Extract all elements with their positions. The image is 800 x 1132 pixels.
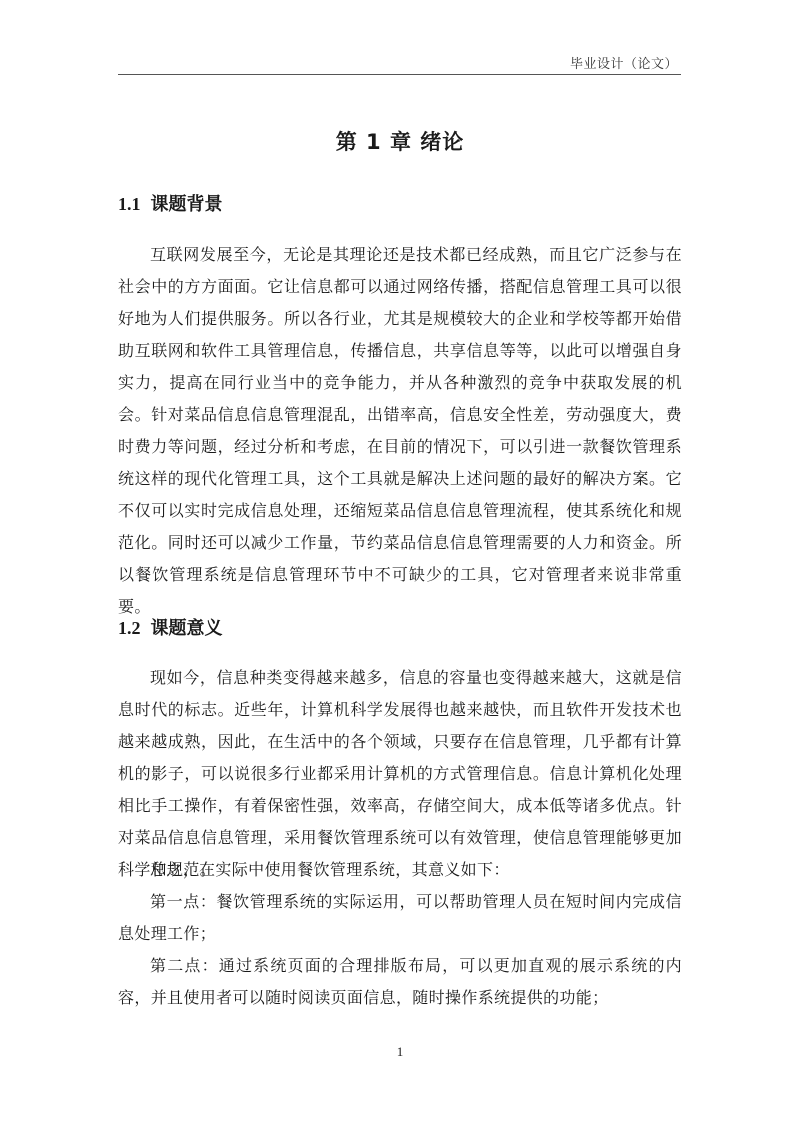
- section-heading-1-1: 1.1课题背景: [118, 190, 223, 216]
- paragraph: 现如今，信息种类变得越来越多，信息的容量也变得越来越大，这就是信息时代的标志。近…: [118, 662, 682, 886]
- header-rule: [118, 74, 681, 75]
- paragraph: 第一点：餐饮管理系统的实际运用，可以帮助管理人员在短时间内完成信息处理工作；: [118, 886, 682, 950]
- section-number: 1.2: [118, 618, 141, 638]
- running-header: 毕业设计（论文）: [570, 53, 678, 72]
- section-number: 1.1: [118, 194, 141, 214]
- paragraph: 第二点：通过系统页面的合理排版布局，可以更加直观的展示系统的内容，并且使用者可以…: [118, 950, 682, 1014]
- section-title-text: 课题背景: [151, 194, 223, 215]
- section-heading-1-2: 1.2课题意义: [118, 614, 223, 640]
- page-number: 1: [0, 1044, 800, 1060]
- paragraph: 互联网发展至今，无论是其理论还是技术都已经成熟，而且它广泛参与在社会中的方方面面…: [118, 239, 682, 623]
- section-title-text: 课题意义: [151, 618, 223, 639]
- paragraph: 总之，在实际中使用餐饮管理系统，其意义如下：: [118, 854, 682, 886]
- chapter-title: 第 1 章 绪论: [0, 126, 800, 156]
